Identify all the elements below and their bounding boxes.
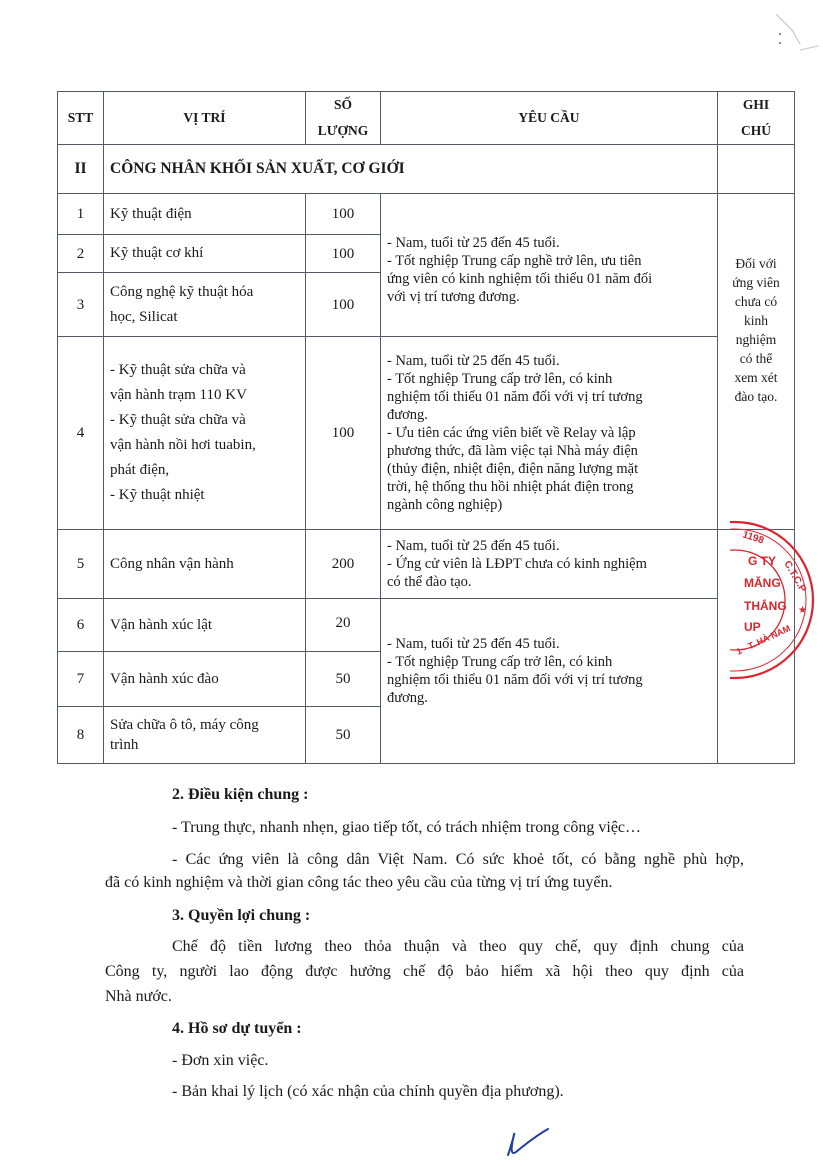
- row-position: Kỹ thuật điện: [104, 194, 306, 235]
- benefits-line-1: Chế độ tiền lương theo thỏa thuận và the…: [172, 938, 744, 956]
- conditions-line-1: - Trung thực, nhanh nhẹn, giao tiếp tốt,…: [172, 819, 641, 837]
- header-quantity: SỐ LƯỢNG: [306, 92, 381, 145]
- row-quantity: 200: [306, 530, 381, 599]
- stamp-text-2: MĂNG: [744, 575, 781, 590]
- header-note: GHI CHÚ: [718, 92, 795, 145]
- table-row: 1 Kỹ thuật điện 100 - Nam, tuổi từ 25 đế…: [58, 194, 795, 235]
- benefits-line-3: Nhà nước.: [105, 988, 172, 1006]
- header-stt: STT: [58, 92, 104, 145]
- corner-mark-icon: [770, 10, 820, 55]
- requirements-row-5: - Nam, tuổi từ 25 đến 45 tuổi. - Ứng cử …: [381, 530, 718, 599]
- row-stt: 3: [58, 273, 104, 337]
- row-position: Kỹ thuật cơ khí: [104, 235, 306, 273]
- table-row: 6 Vận hành xúc lật 20 - Nam, tuổi từ 25 …: [58, 599, 795, 652]
- group-title: CÔNG NHÂN KHỐI SẢN XUẤT, CƠ GIỚI: [104, 145, 718, 194]
- row-quantity: 100: [306, 235, 381, 273]
- row-position: - Kỹ thuật sửa chữa và vận hành trạm 110…: [104, 337, 306, 530]
- recruitment-table: STT VỊ TRÍ SỐ LƯỢNG YÊU CẦU GHI CHÚ II C…: [57, 91, 795, 764]
- row-stt: 4: [58, 337, 104, 530]
- svg-text:★: ★: [798, 605, 807, 616]
- row-stt: 1: [58, 194, 104, 235]
- header-position: VỊ TRÍ: [104, 92, 306, 145]
- row-quantity: 100: [306, 337, 381, 530]
- conditions-line-2b: đã có kinh nghiệm và thời gian công tác …: [105, 874, 612, 892]
- row-position: Vận hành xúc đào: [104, 652, 306, 707]
- requirements-rows-6-8: - Nam, tuổi từ 25 đến 45 tuổi. - Tốt ngh…: [381, 599, 718, 764]
- application-item-2: - Bản khai lý lịch (có xác nhận của chín…: [172, 1083, 564, 1101]
- stamp-text-4: UP: [744, 620, 761, 634]
- application-item-1: - Đơn xin việc.: [172, 1052, 268, 1070]
- signature-icon: [500, 1125, 560, 1160]
- company-stamp-icon: 1198 C.T.C.P G TY MĂNG THẮNG UP 1 - T. H…: [730, 515, 823, 685]
- row-stt: 5: [58, 530, 104, 599]
- row-quantity: 50: [306, 652, 381, 707]
- row-stt: 8: [58, 707, 104, 764]
- requirements-rows-1-3: - Nam, tuổi từ 25 đến 45 tuổi. - Tốt ngh…: [381, 194, 718, 337]
- row-quantity: 100: [306, 273, 381, 337]
- stamp-text-1198: 1198: [741, 529, 765, 546]
- section-application-title: 4. Hồ sơ dự tuyển :: [172, 1020, 302, 1038]
- row-position: Công nghệ kỹ thuật hóa học, Silicat: [104, 273, 306, 337]
- row-quantity: 100: [306, 194, 381, 235]
- stamp-text-3: THẮNG: [744, 598, 787, 613]
- requirements-row-4: - Nam, tuổi từ 25 đến 45 tuổi. - Tốt ngh…: [381, 337, 718, 530]
- row-stt: 7: [58, 652, 104, 707]
- row-quantity: 50: [306, 707, 381, 764]
- note-cell: Đối với ứng viên chưa có kinh nghiệm có …: [718, 194, 795, 530]
- section-conditions-title: 2. Điều kiện chung :: [172, 786, 308, 804]
- row-stt: 2: [58, 235, 104, 273]
- section-benefits-title: 3. Quyền lợi chung :: [172, 907, 310, 925]
- conditions-line-2a: - Các ứng viên là công dân Việt Nam. Có …: [172, 851, 744, 869]
- benefits-line-2: Công ty, người lao động được hưởng chế đ…: [105, 963, 744, 981]
- table-header-row: STT VỊ TRÍ SỐ LƯỢNG YÊU CẦU GHI CHÚ: [58, 92, 795, 145]
- table-row: 4 - Kỹ thuật sửa chữa và vận hành trạm 1…: [58, 337, 795, 530]
- row-position: Công nhân vận hành: [104, 530, 306, 599]
- table-row: 5 Công nhân vận hành 200 - Nam, tuổi từ …: [58, 530, 795, 599]
- group-stt: II: [58, 145, 104, 194]
- stamp-text-1: G TY: [748, 554, 776, 568]
- row-position: Sửa chữa ô tô, máy công trình: [104, 707, 306, 764]
- row-stt: 6: [58, 599, 104, 652]
- header-requirements: YÊU CẦU: [381, 92, 718, 145]
- group-row: II CÔNG NHÂN KHỐI SẢN XUẤT, CƠ GIỚI: [58, 145, 795, 194]
- row-quantity: 20: [306, 599, 381, 652]
- group-note: [718, 145, 795, 194]
- row-position: Vận hành xúc lật: [104, 599, 306, 652]
